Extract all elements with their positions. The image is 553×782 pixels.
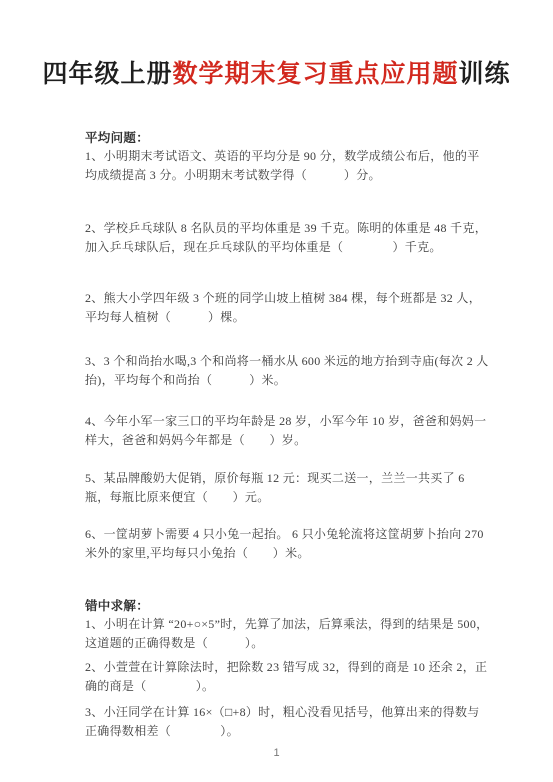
title-highlight: 数学期末复习重点应用题: [172, 60, 458, 88]
question-text: 3、3 个和尚抬水喝,3 个和尚将一桶水从 600 米远的地方抬到寺庙(每次 2…: [85, 352, 490, 390]
question-text: 1、小明在计算 “20+○×5”时，先算了加法，后算乘法，得到的结果是 500，…: [85, 615, 490, 653]
worksheet-page: 四年级上册数学期末复习重点应用题训练 平均问题： 1、小明期末考试语文、英语的平…: [0, 0, 553, 782]
question-text: 6、一筐胡萝卜需要 4 只小兔一起抬。 6 只小兔轮流将这筐胡萝卜抬向 270 …: [85, 525, 490, 563]
worksheet-content: 平均问题： 1、小明期末考试语文、英语的平均分是 90 分，数学成绩公布后，他的…: [0, 129, 490, 741]
section-heading-average-problems: 平均问题：: [85, 129, 490, 147]
question-text: 5、某品牌酸奶大促销，原价每瓶 12 元：现买二送一，兰兰一共买了 6 瓶，每瓶…: [85, 469, 490, 507]
question-text: 4、今年小军一家三口的平均年龄是 28 岁，小军今年 10 岁，爸爸和妈妈一样大…: [85, 412, 490, 450]
question-text: 2、熊大小学四年级 3 个班的同学山坡上植树 384 棵，每个班都是 32 人，…: [85, 289, 490, 327]
page-number: 1: [0, 746, 553, 760]
section-heading-error-solving: 错中求解：: [85, 597, 490, 615]
question-text: 2、学校乒乓球队 8 名队员的平均体重是 39 千克。陈明的体重是 48 千克，…: [85, 219, 490, 257]
title-suffix: 训练: [459, 60, 511, 88]
question-text: 2、小萱萱在计算除法时，把除数 23 错写成 32，得到的商是 10 还余 2，…: [85, 658, 490, 696]
question-text: 1、小明期末考试语文、英语的平均分是 90 分，数学成绩公布后，他的平均成绩提高…: [85, 147, 490, 185]
title-prefix: 四年级上册: [42, 60, 172, 88]
question-text: 3、小汪同学在计算 16×（□+8）时，粗心没看见括号，他算出来的得数与正确得数…: [85, 703, 490, 741]
page-title: 四年级上册数学期末复习重点应用题训练: [0, 17, 553, 91]
